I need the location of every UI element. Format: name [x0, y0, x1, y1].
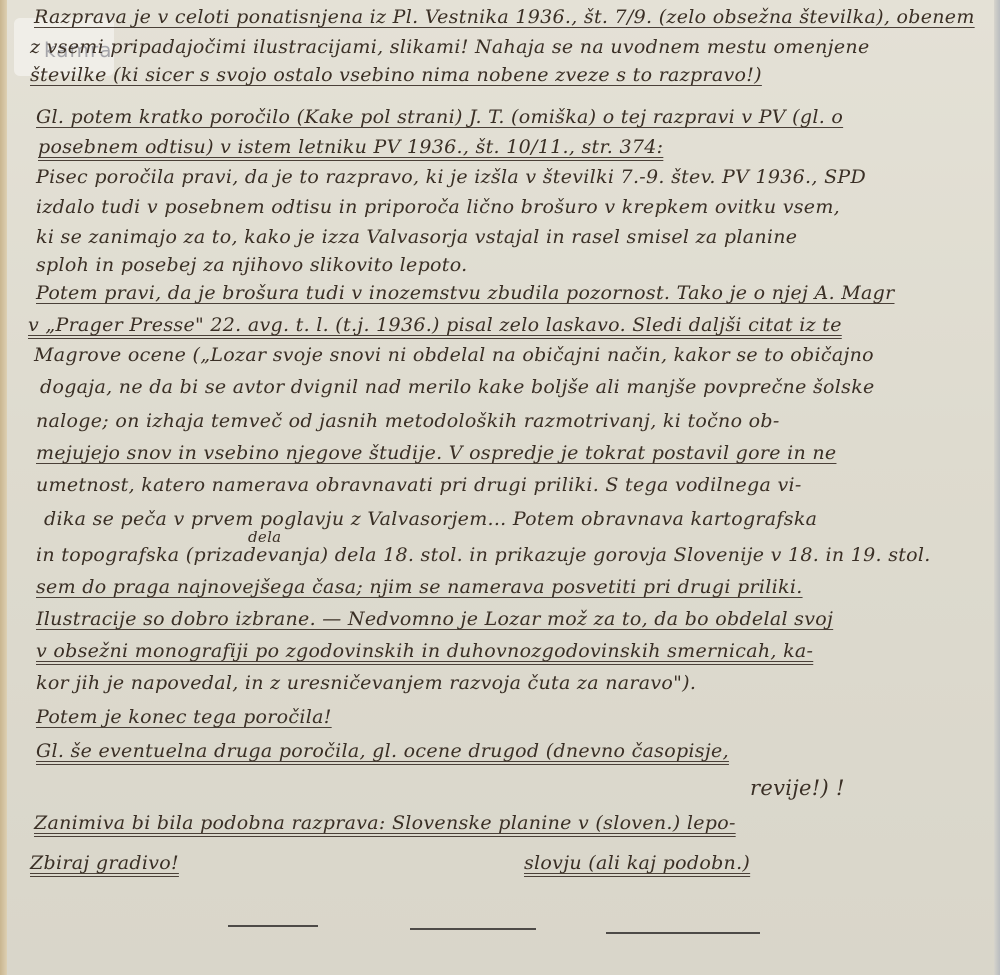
text-line-2: z vsemi pripadajočimi ilustracijami, sli…: [30, 36, 870, 58]
text-line-16: umetnost, katero namerava obravnavati pr…: [36, 474, 802, 496]
text-line-12: Magrove ocene („Lozar svoje snovi ni obd…: [34, 344, 874, 366]
text-line-24: Gl. še eventuelna druga poročila, gl. oc…: [36, 740, 729, 762]
text-line-28: Zbiraj gradivo!: [30, 852, 179, 874]
text-line-20: Ilustracije so dobro izbrane. — Nedvomno…: [36, 608, 833, 630]
text-line-23: Potem je konec tega poročila!: [36, 706, 332, 728]
text-line-6: Pisec poročila pravi, da je to razpravo,…: [36, 166, 866, 188]
text-line-22: kor jih je napovedal, in z uresničevanje…: [36, 672, 696, 694]
text-line-27: slovju (ali kaj podobn.): [524, 852, 750, 874]
separator-dash-1: [228, 925, 318, 927]
text-line-11: v „Prager Presse" 22. avg. t. l. (t.j. 1…: [28, 314, 842, 336]
separator-dash-2: [410, 928, 536, 930]
text-line-14: naloge; on izhaja temveč od jasnih metod…: [36, 410, 780, 432]
text-line-21: v obsežni monografiji po zgodovinskih in…: [36, 640, 813, 662]
text-line-9: sploh in posebej za njihovo slikovito le…: [36, 254, 467, 276]
separator-dash-3: [606, 932, 760, 934]
text-line-18: in topografska (prizadevanja) dela 18. s…: [36, 544, 931, 566]
text-line-3: številke (ki sicer s svojo ostalo vsebin…: [30, 64, 762, 86]
paper-right-edge: [994, 0, 1000, 975]
document-page: kamra Razprava je v celoti ponatisnjena …: [0, 0, 1000, 975]
text-line-17: dika se peča v prvem poglavju z Valvasor…: [44, 508, 817, 530]
text-line-26: Zanimiva bi bila podobna razprava: Slove…: [34, 812, 736, 834]
text-line-25: revije!) !: [750, 776, 845, 800]
text-line-19: sem do praga najnovejšega časa; njim se …: [36, 576, 803, 598]
text-line-4: Gl. potem kratko poročilo (Kake pol stra…: [36, 106, 843, 128]
text-line-13: dogaja, ne da bi se avtor dvignil nad me…: [40, 376, 875, 398]
text-line-7: izdalo tudi v posebnem odtisu in priporo…: [36, 196, 840, 218]
text-line-1: Razprava je v celoti ponatisnjena iz Pl.…: [34, 6, 975, 28]
text-line-15: mejujejo snov in vsebino njegove študije…: [36, 442, 836, 464]
text-line-8: ki se zanimajo za to, kako je izza Valva…: [36, 226, 797, 248]
paper-left-edge: [0, 0, 7, 975]
text-line-10: Potem pravi, da je brošura tudi v inozem…: [36, 282, 895, 304]
text-line-5: posebnem odtisu) v istem letniku PV 1936…: [38, 136, 663, 158]
